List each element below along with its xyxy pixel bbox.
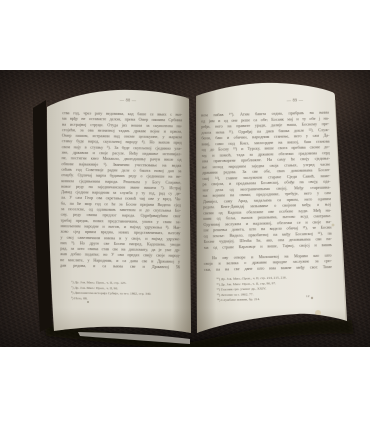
left-page-footnotes: ⁶) Др. Јов. Мил.: Проп., ч. II, стр. 125…: [71, 280, 184, 324]
signature-mark: 12: [306, 294, 320, 302]
stain: [332, 224, 335, 227]
right-page-number: — 89 —: [272, 97, 318, 107]
book-photo: — 88 — ства год, чрез рату ведомима, кад…: [0, 0, 370, 423]
text-line: ¹⁴) Службене новине, бр. 214.: [217, 296, 314, 303]
gutter-crease: [191, 90, 192, 336]
photo-area: — 88 — ства год, чрез рату ведомима, кад…: [0, 70, 370, 347]
text-line: ⁹) Исто, 88.: [71, 296, 183, 303]
left-page-number: — 88 —: [104, 98, 152, 108]
right-page-footnotes: ¹⁰) Др. Јов. Мил.: Проп., ч. II, стр. 21…: [216, 275, 314, 330]
text-line: дан редова, и са њима све и Државној 56: [60, 263, 180, 270]
